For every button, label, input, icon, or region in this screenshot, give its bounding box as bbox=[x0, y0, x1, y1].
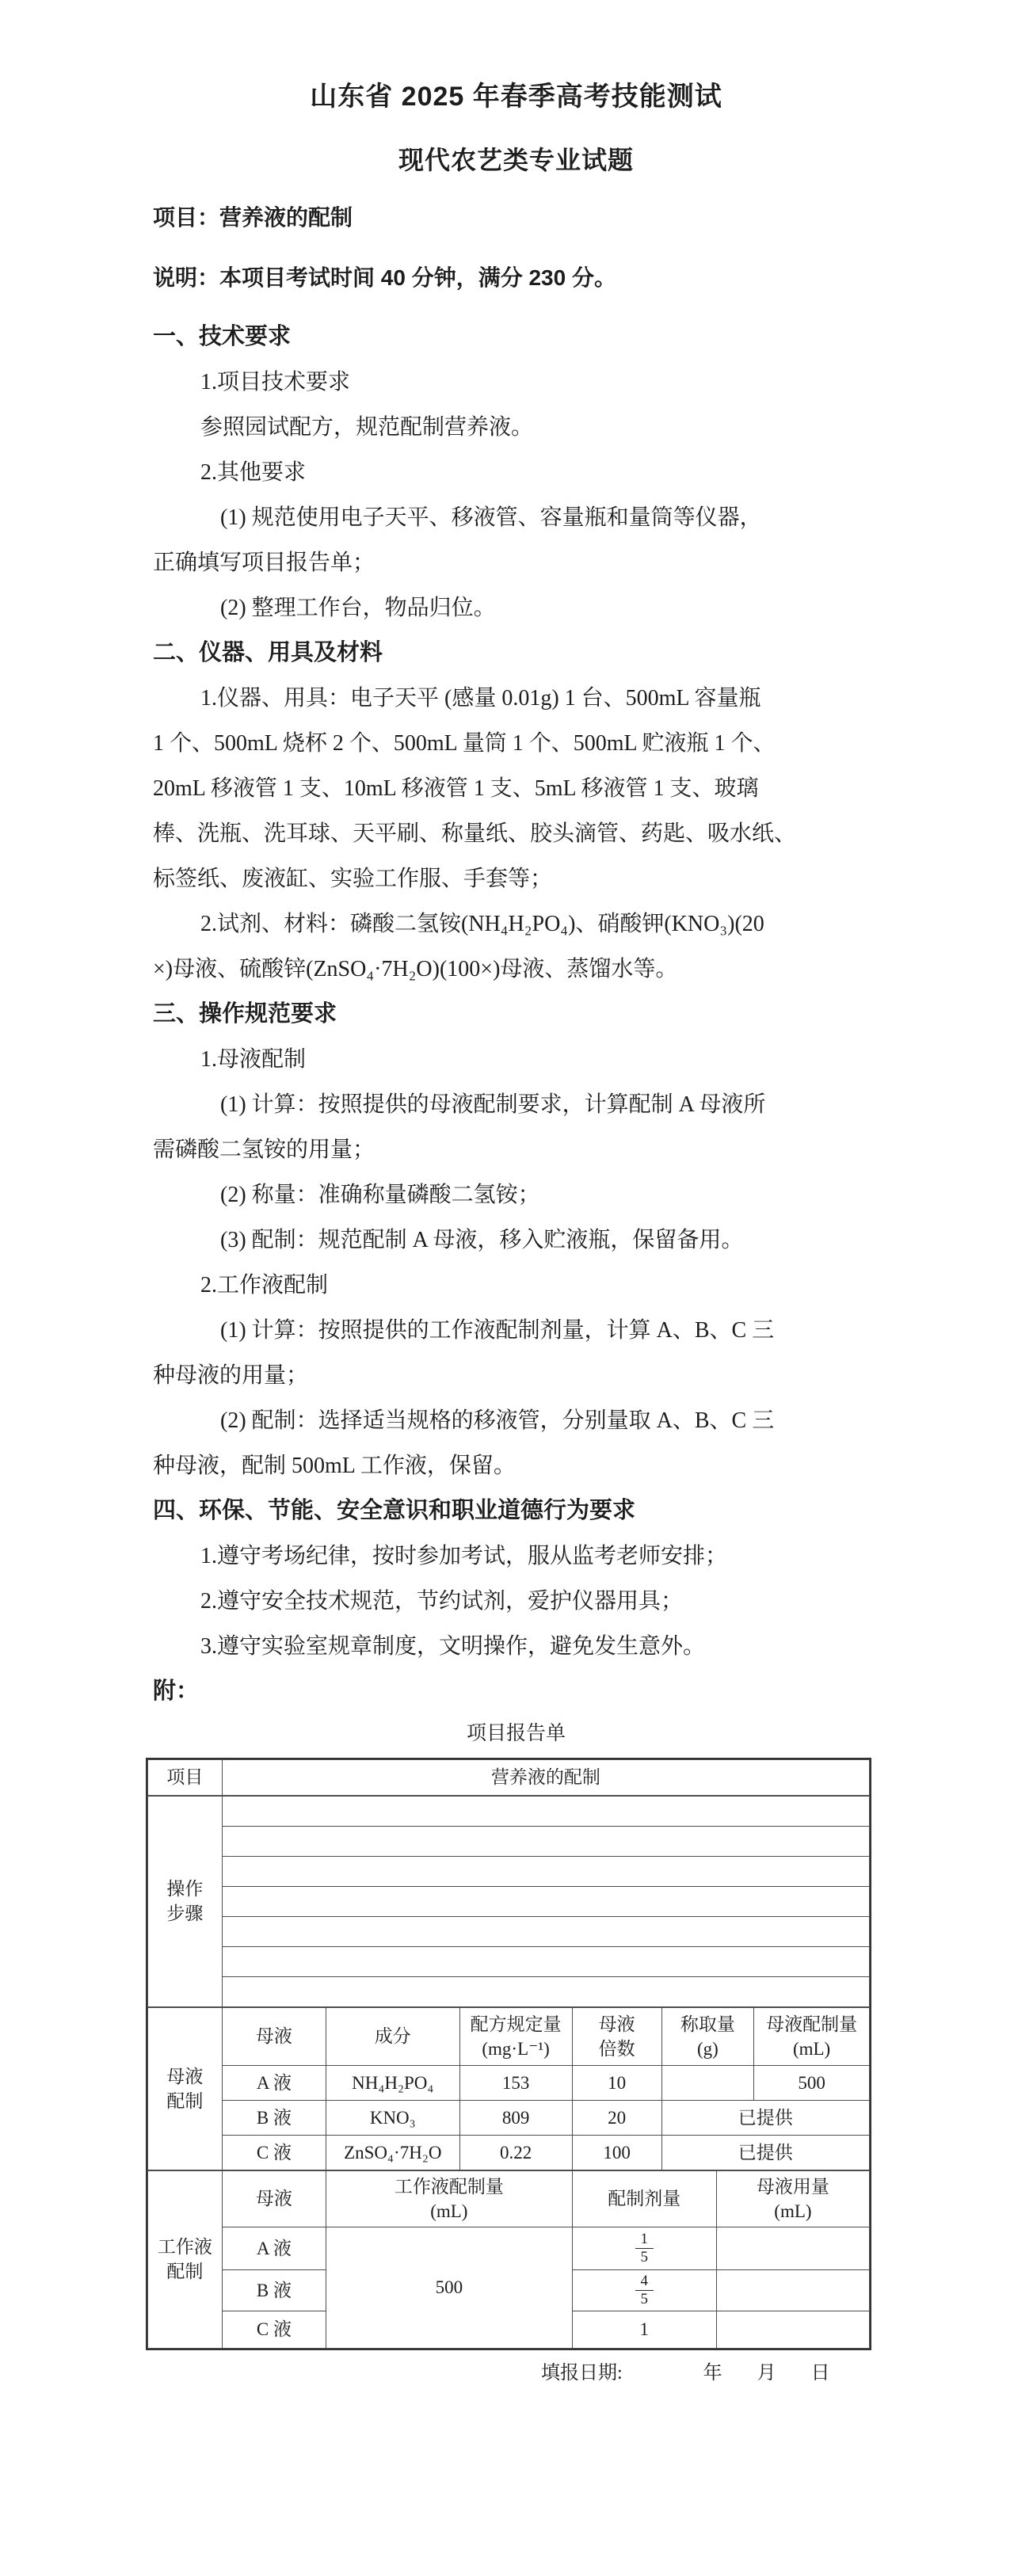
steps-table: 操作 步骤 bbox=[147, 1796, 870, 2007]
column-header: 母液配制量 (mL) bbox=[754, 2007, 870, 2065]
doc-subtitle: 现代农艺类专业试题 bbox=[153, 147, 879, 174]
stock-solution-table: 母液 配制母液成分配方规定量 (mg·L⁻¹)母液 倍数称取量 (g)母液配制量… bbox=[147, 2007, 870, 2170]
doc-title: 山东省 2025 年春季高考技能测试 bbox=[153, 82, 879, 112]
row-group-label: 项目 bbox=[148, 1759, 223, 1795]
table-cell: 10 bbox=[572, 2065, 661, 2100]
note-line: 说明：本项目考试时间 40 分钟，满分 230 分。 bbox=[153, 265, 879, 291]
document-content: 山东省 2025 年春季高考技能测试 现代农艺类专业试题 项目：营养液的配制 说… bbox=[153, 0, 879, 2386]
body-line: (3) 配制：规范配制 A 母液，移入贮液瓶，保留备用。 bbox=[153, 1218, 879, 1263]
fraction-value: 45 bbox=[635, 2273, 654, 2308]
body-line: (2) 称量：准确称量磷酸二氢铵； bbox=[153, 1172, 879, 1218]
table-cell: 营养液的配制 bbox=[222, 1759, 869, 1795]
body-line: 1 个、500mL 烧杯 2 个、500mL 量筒 1 个、500mL 贮液瓶 … bbox=[153, 721, 879, 766]
table-cell: NH₄H₂PO₄ bbox=[326, 2065, 460, 2100]
table-cell: 已提供 bbox=[661, 2135, 869, 2170]
body-line: 20mL 移液管 1 支、10mL 移液管 1 支、5mL 移液管 1 支、玻璃 bbox=[153, 766, 879, 811]
body-line: (2) 配制：选择适当规格的移液管，分别量取 A、B、C 三 bbox=[153, 1398, 879, 1443]
document-page: 山东省 2025 年春季高考技能测试 现代农艺类专业试题 项目：营养液的配制 说… bbox=[0, 0, 1014, 2576]
steps-blank-row bbox=[148, 1886, 870, 1916]
body-line: 1.仪器、用具：电子天平 (感量 0.01g) 1 台、500mL 容量瓶 bbox=[153, 676, 879, 721]
steps-blank-row bbox=[148, 1976, 870, 2006]
year-label: 年 bbox=[703, 2363, 722, 2384]
body-line: 1.遵守考场纪律，按时参加考试，服从监考老师安排； bbox=[153, 1534, 879, 1579]
project-row-table: 项目 营养液的配制 bbox=[147, 1759, 870, 1796]
column-header: 配方规定量 (mg·L⁻¹) bbox=[459, 2007, 572, 2065]
table-cell bbox=[716, 2311, 869, 2348]
body-line: 标签纸、废液缸、实验工作服、手套等； bbox=[153, 856, 879, 901]
column-header: 工作液配制量 (mL) bbox=[326, 2170, 573, 2227]
table-cell: 已提供 bbox=[661, 2100, 869, 2135]
table-cell bbox=[661, 2065, 754, 2100]
fill-date-label: 填报日期: bbox=[541, 2363, 623, 2384]
column-header: 称取量 (g) bbox=[661, 2007, 754, 2065]
body-line: 2.工作液配制 bbox=[153, 1263, 879, 1308]
blank-cell bbox=[222, 1856, 869, 1886]
table-cell: 45 bbox=[572, 2269, 716, 2311]
table-cell: 1 bbox=[572, 2311, 716, 2348]
column-header: 母液 bbox=[222, 2007, 326, 2065]
section-heading: 四、环保、节能、安全意识和职业道德行为要求 bbox=[153, 1488, 879, 1534]
body-line: 需磷酸二氢铵的用量； bbox=[153, 1127, 879, 1172]
table-row: 项目 营养液的配制 bbox=[148, 1759, 870, 1795]
fill-date-line: 填报日期:年月日 bbox=[153, 2361, 879, 2386]
month-label: 月 bbox=[757, 2363, 776, 2384]
table-cell: C 液 bbox=[222, 2311, 326, 2348]
body-line: (2) 整理工作台，物品归位。 bbox=[153, 585, 879, 631]
table-cell: A 液 bbox=[222, 2227, 326, 2269]
table-cell: 500 bbox=[754, 2065, 870, 2100]
working-solution-table: 工作液 配制母液工作液配制量 (mL)配制剂量母液用量 (mL)A 液50015… bbox=[147, 2170, 870, 2349]
table-row: B 液KNO₃80920已提供 bbox=[148, 2100, 870, 2135]
column-header: 母液用量 (mL) bbox=[716, 2170, 869, 2227]
body-line: (1) 计算：按照提供的工作液配制剂量，计算 A、B、C 三 bbox=[153, 1308, 879, 1353]
table-row: A 液NH₄H₂PO₄15310500 bbox=[148, 2065, 870, 2100]
table-cell bbox=[716, 2269, 869, 2311]
column-header: 配制剂量 bbox=[572, 2170, 716, 2227]
body-line: 2.其他要求 bbox=[153, 450, 879, 495]
body-line: ×)母液、硫酸锌(ZnSO₄·7H₂O)(100×)母液、蒸馏水等。 bbox=[153, 947, 879, 992]
body-line: 种母液，配制 500mL 工作液，保留。 bbox=[153, 1443, 879, 1488]
table-cell: B 液 bbox=[222, 2100, 326, 2135]
table-cell: 153 bbox=[459, 2065, 572, 2100]
blank-cell bbox=[222, 1796, 869, 1826]
fraction-value: 15 bbox=[635, 2231, 654, 2266]
blank-cell bbox=[222, 1916, 869, 1946]
table-cell: KNO₃ bbox=[326, 2100, 460, 2135]
body-line: (1) 计算：按照提供的母液配制要求，计算配制 A 母液所 bbox=[153, 1082, 879, 1127]
day-label: 日 bbox=[811, 2363, 830, 2384]
column-header: 母液 bbox=[222, 2170, 326, 2227]
body-text: 一、技术要求1.项目技术要求参照园试配方，规范配制营养液。2.其他要求(1) 规… bbox=[153, 314, 879, 1714]
table-cell: 0.22 bbox=[459, 2135, 572, 2170]
steps-blank-row bbox=[148, 1856, 870, 1886]
table-cell: B 液 bbox=[222, 2269, 326, 2311]
body-line: 3.遵守实验室规章制度，文明操作，避免发生意外。 bbox=[153, 1624, 879, 1669]
table-cell: 20 bbox=[572, 2100, 661, 2135]
report-table: 项目 营养液的配制 操作 步骤 母液 配制母液成分配方规定量 (mg·L⁻¹)母… bbox=[146, 1758, 871, 2350]
row-group-label: 母液 配制 bbox=[148, 2007, 223, 2170]
column-header: 成分 bbox=[326, 2007, 460, 2065]
table-cell: A 液 bbox=[222, 2065, 326, 2100]
blank-cell bbox=[222, 1946, 869, 1976]
table-cell: 500 bbox=[326, 2227, 573, 2348]
section-heading: 附： bbox=[153, 1669, 879, 1714]
table-cell: 100 bbox=[572, 2135, 661, 2170]
section-heading: 三、操作规范要求 bbox=[153, 992, 879, 1037]
body-line: 2.试剂、材料：磷酸二氢铵(NH₄H₂PO₄)、硝酸钾(KNO₃)(20 bbox=[153, 901, 879, 947]
steps-blank-row bbox=[148, 1946, 870, 1976]
body-line: 种母液的用量； bbox=[153, 1353, 879, 1398]
body-line: 正确填写项目报告单； bbox=[153, 540, 879, 585]
section-heading: 一、技术要求 bbox=[153, 314, 879, 360]
stock-header-row: 母液 配制母液成分配方规定量 (mg·L⁻¹)母液 倍数称取量 (g)母液配制量… bbox=[148, 2007, 870, 2065]
working-header-row: 工作液 配制母液工作液配制量 (mL)配制剂量母液用量 (mL) bbox=[148, 2170, 870, 2227]
body-line: 1.母液配制 bbox=[153, 1037, 879, 1082]
blank-cell bbox=[222, 1826, 869, 1856]
blank-cell bbox=[222, 1976, 869, 2006]
steps-blank-row bbox=[148, 1916, 870, 1946]
body-line: 参照园试配方，规范配制营养液。 bbox=[153, 405, 879, 450]
row-group-label: 操作 步骤 bbox=[148, 1796, 223, 2006]
column-header: 母液 倍数 bbox=[572, 2007, 661, 2065]
table-cell: 15 bbox=[572, 2227, 716, 2269]
table-cell: 809 bbox=[459, 2100, 572, 2135]
body-line: 1.项目技术要求 bbox=[153, 360, 879, 405]
steps-blank-row bbox=[148, 1826, 870, 1856]
report-title: 项目报告单 bbox=[153, 1722, 879, 1746]
blank-cell bbox=[222, 1886, 869, 1916]
section-heading: 二、仪器、用具及材料 bbox=[153, 631, 879, 676]
steps-blank-row: 操作 步骤 bbox=[148, 1796, 870, 1826]
table-cell: ZnSO₄·7H₂O bbox=[326, 2135, 460, 2170]
table-cell bbox=[716, 2227, 869, 2269]
body-line: 棒、洗瓶、洗耳球、天平刷、称量纸、胶头滴管、药匙、吸水纸、 bbox=[153, 811, 879, 856]
body-line: (1) 规范使用电子天平、移液管、容量瓶和量筒等仪器， bbox=[153, 495, 879, 540]
table-row: A 液50015 bbox=[148, 2227, 870, 2269]
body-line: 2.遵守安全技术规范，节约试剂，爱护仪器用具； bbox=[153, 1579, 879, 1624]
table-cell: C 液 bbox=[222, 2135, 326, 2170]
table-row: C 液ZnSO₄·7H₂O0.22100已提供 bbox=[148, 2135, 870, 2170]
project-line: 项目：营养液的配制 bbox=[153, 205, 879, 231]
row-group-label: 工作液 配制 bbox=[148, 2170, 223, 2348]
